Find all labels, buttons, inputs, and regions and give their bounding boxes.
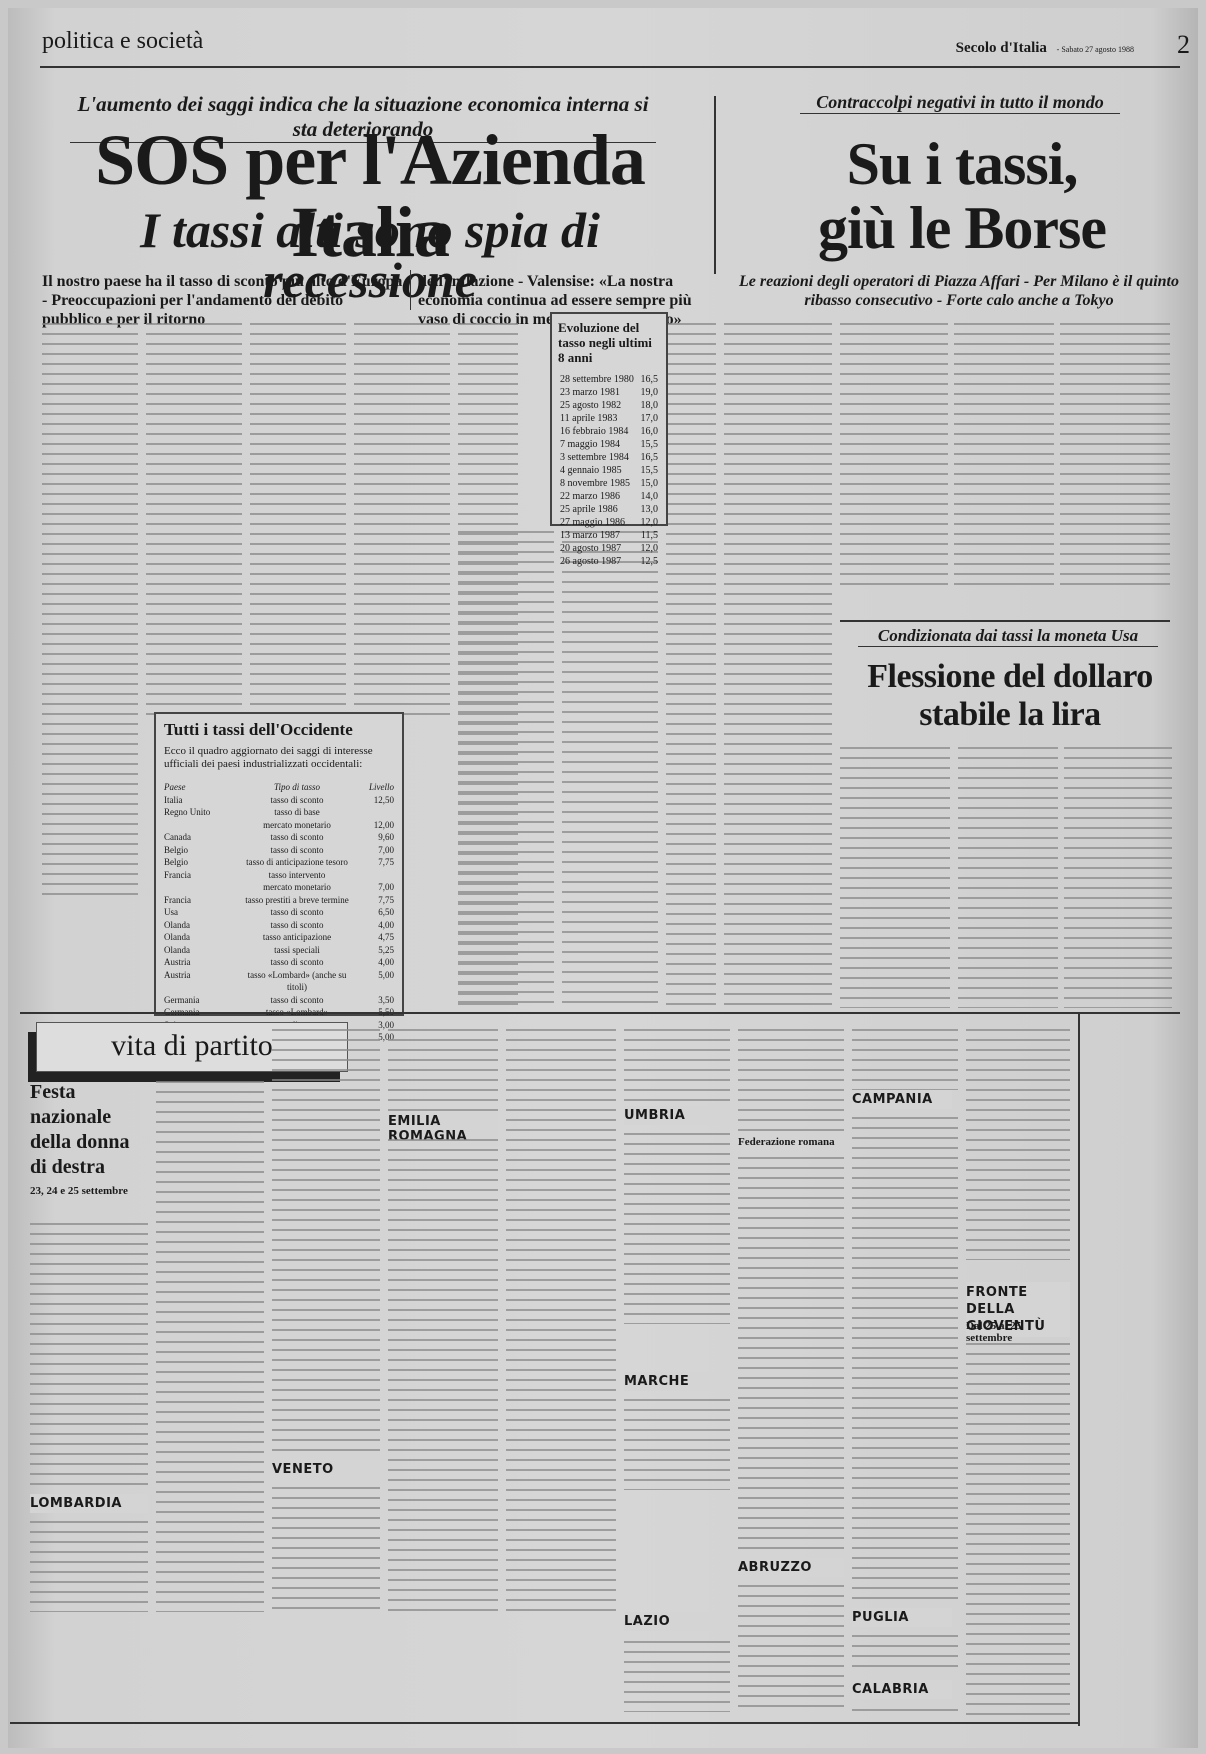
western-rates-row: Franciatasso prestiti a breve termine7,7… [156, 894, 402, 907]
party-col-8d [852, 1704, 958, 1718]
party-col-4b [388, 1134, 498, 1612]
rate-date: 28 settembre 1980 [560, 373, 634, 386]
rate-level: 7,75 [350, 894, 394, 907]
dollar-body-col-1 [840, 742, 950, 1008]
party-col-9 [966, 1024, 1070, 1260]
western-rates-row: Olandatassi speciali5,25 [156, 944, 402, 957]
party-col-3 [272, 1024, 380, 1456]
rate-evolution-row: 11 aprile 198317,0 [552, 412, 666, 425]
dollar-body-col-2 [958, 742, 1058, 1008]
rate-evolution-row: 26 agosto 198712,5 [552, 555, 666, 568]
region-marche: MARCHE [624, 1372, 724, 1391]
country: Germania [164, 994, 244, 1007]
main-body-col-4 [354, 318, 450, 718]
rate-value: 12,5 [641, 555, 659, 568]
rate-date: 22 marzo 1986 [560, 490, 620, 503]
rate-date: 11 aprile 1983 [560, 412, 617, 425]
rate-type: tasso «Lombard» (anche su titoli) [244, 969, 350, 994]
country [164, 881, 244, 894]
rate-evolution-row: 8 novembre 198515,0 [552, 477, 666, 490]
western-rates-title: Tutti i tassi dell'Occidente [156, 714, 402, 741]
rate-level: 5,00 [350, 969, 394, 994]
party-col-9b [966, 1338, 1070, 1718]
rate-value: 12,0 [641, 516, 659, 529]
dollar-body-col-3 [1064, 742, 1172, 1008]
rate-date: 16 febbraio 1984 [560, 425, 628, 438]
rate-level: 4,75 [350, 931, 394, 944]
rate-type: tasso di sconto [244, 906, 350, 919]
rate-evolution-box: Evoluzione del tasso negli ultimi 8 anni… [550, 312, 668, 526]
western-rates-header: PaeseTipo di tassoLivello [156, 781, 402, 794]
region-calabria: CALABRIA [852, 1680, 952, 1699]
rate-evolution-row: 28 settembre 198016,5 [552, 373, 666, 386]
western-rates-row: Austriatasso di sconto4,00 [156, 956, 402, 969]
main-body-col-7 [666, 318, 716, 1008]
region-umbria: UMBRIA [624, 1106, 724, 1125]
country: Olanda [164, 919, 244, 932]
western-rates-row: mercato monetario7,00 [156, 881, 402, 894]
western-rates-row: Austriatasso «Lombard» (anche su titoli)… [156, 969, 402, 994]
rate-level: 12,50 [350, 794, 394, 807]
party-col-5 [506, 1024, 616, 1614]
western-rates-row: Belgiotasso di sconto7,00 [156, 844, 402, 857]
rate-date: 13 marzo 1987 [560, 529, 620, 542]
main-body-col-6 [562, 526, 658, 1008]
rate-date: 27 maggio 1986 [560, 516, 625, 529]
festa-title: Festa nazionale della donna di destra [30, 1080, 150, 1180]
western-rates-row: mercato monetario12,00 [156, 819, 402, 832]
rate-type: tasso di base [244, 806, 350, 819]
dollar-top-rule [840, 620, 1170, 622]
header-rule [40, 66, 1180, 68]
rate-type: tasso di sconto [244, 844, 350, 857]
masthead: Secolo d'Italia - Sabato 27 agosto 1988 [956, 40, 1134, 57]
borse-body-col-4 [1060, 318, 1170, 593]
rate-value: 12,0 [641, 542, 659, 555]
column-header: Paese [164, 781, 244, 794]
country: Belgio [164, 844, 244, 857]
rate-level: 6,50 [350, 906, 394, 919]
party-col-7c [738, 1580, 844, 1712]
rate-evolution-row: 16 febbraio 198416,0 [552, 425, 666, 438]
main-body-col-1 [42, 318, 138, 900]
country: Belgio [164, 856, 244, 869]
country: Regno Unito [164, 806, 244, 819]
main-body-col-3 [250, 318, 346, 716]
country: Canada [164, 831, 244, 844]
country: Francia [164, 894, 244, 907]
rate-value: 14,0 [641, 490, 659, 503]
rate-value: 17,0 [641, 412, 659, 425]
western-rates-table: PaeseTipo di tassoLivelloItaliatasso di … [156, 781, 402, 1044]
party-col-7b [738, 1152, 844, 1552]
western-rates-row: Usatasso di sconto6,50 [156, 906, 402, 919]
rate-date: 7 maggio 1984 [560, 438, 620, 451]
rate-evolution-row: 3 settembre 198416,5 [552, 451, 666, 464]
section-label: politica e società [42, 28, 203, 55]
party-col-1b [30, 1516, 148, 1612]
borse-body-col-2 [840, 318, 948, 593]
western-rates-row: Canadatasso di sconto9,60 [156, 831, 402, 844]
party-col-7 [738, 1024, 844, 1132]
rate-date: 26 agosto 1987 [560, 555, 621, 568]
borse-headline-line2: giù le Borse [722, 198, 1202, 258]
rate-evolution-row: 22 marzo 198614,0 [552, 490, 666, 503]
party-col-6d [624, 1636, 730, 1712]
column-header: Tipo di tasso [244, 781, 350, 794]
country [164, 819, 244, 832]
rate-type: tasso prestiti a breve termine [244, 894, 350, 907]
rate-type: mercato monetario [244, 819, 350, 832]
country: Usa [164, 906, 244, 919]
main-body-col-2 [146, 318, 242, 716]
rate-value: 15,5 [641, 464, 659, 477]
rate-evolution-row: 23 marzo 198119,0 [552, 386, 666, 399]
country: Olanda [164, 931, 244, 944]
festa-dates: 23, 24 e 25 settembre [30, 1185, 150, 1197]
section-divider [20, 1012, 1180, 1014]
rate-value: 16,5 [641, 451, 659, 464]
region-abruzzo: ABRUZZO [738, 1558, 844, 1577]
party-col-8b [852, 1112, 958, 1604]
western-rates-row: Regno Unitotasso di base [156, 806, 402, 819]
rate-evolution-row: 20 agosto 198712,0 [552, 542, 666, 555]
borse-body-col-3 [954, 318, 1054, 593]
rate-date: 4 gennaio 1985 [560, 464, 622, 477]
western-rates-row: Franciatasso intervento [156, 869, 402, 882]
rate-value: 16,0 [641, 425, 659, 438]
rate-evolution-title: Evoluzione del tasso negli ultimi 8 anni [552, 314, 666, 373]
rate-type: tasso di sconto [244, 919, 350, 932]
party-col-8c [852, 1630, 958, 1670]
rate-date: 23 marzo 1981 [560, 386, 620, 399]
party-col-3b [272, 1482, 380, 1612]
borse-headline-line1: Su i tassi, [722, 134, 1202, 194]
party-col-8 [852, 1024, 958, 1090]
rate-value: 16,5 [641, 373, 659, 386]
country: Francia [164, 869, 244, 882]
rate-level [350, 869, 394, 882]
western-rates-row: Olandatasso anticipazione4,75 [156, 931, 402, 944]
rate-level: 7,00 [350, 881, 394, 894]
party-col-6 [624, 1024, 730, 1108]
bottom-rule [10, 1722, 1080, 1724]
rate-evolution-row: 25 aprile 198613,0 [552, 503, 666, 516]
party-col-1 [30, 1218, 148, 1488]
rate-level: 9,60 [350, 831, 394, 844]
rate-level: 4,00 [350, 919, 394, 932]
rate-type: tasso intervento [244, 869, 350, 882]
region-lombardia: LOMBARDIA [30, 1494, 148, 1513]
region-puglia: PUGLIA [852, 1608, 952, 1627]
rate-level: 3,50 [350, 994, 394, 1007]
western-rates-row: Belgiotasso di anticipazione tesoro7,75 [156, 856, 402, 869]
rate-evolution-row: 25 agosto 198218,0 [552, 399, 666, 412]
borse-body-col-1 [724, 318, 832, 1008]
dollar-kicker: Condizionata dai tassi la moneta Usa [858, 626, 1158, 647]
rate-value: 13,0 [641, 503, 659, 516]
dollar-headline-line2: stabile la lira [840, 696, 1180, 734]
rate-value: 15,0 [641, 477, 659, 490]
rate-type: mercato monetario [244, 881, 350, 894]
rate-level: 7,00 [350, 844, 394, 857]
country: Austria [164, 956, 244, 969]
rate-date: 20 agosto 1987 [560, 542, 621, 555]
party-col-6b [624, 1128, 730, 1324]
rate-type: tasso anticipazione [244, 931, 350, 944]
party-col-6c [624, 1394, 730, 1490]
borse-kicker: Contraccolpi negativi in tutto il mondo [800, 92, 1120, 114]
dollar-headline-line1: Flessione del dollaro [840, 658, 1180, 696]
rate-type: tasso di sconto [244, 831, 350, 844]
western-rates-row: Italiatasso di sconto12,50 [156, 794, 402, 807]
rate-evolution-row: 7 maggio 198415,5 [552, 438, 666, 451]
federazione-romana: Federazione romana [738, 1136, 844, 1148]
rate-level [350, 806, 394, 819]
page-number: 2 [1177, 30, 1190, 60]
column-header: Livello [350, 781, 394, 794]
region-veneto: VENETO [272, 1460, 372, 1479]
western-rates-intro: Ecco il quadro aggiornato dei saggi di i… [156, 741, 402, 775]
issue-date: - Sabato 27 agosto 1988 [1057, 45, 1134, 54]
rate-date: 8 novembre 1985 [560, 477, 630, 490]
rate-type: tasso di sconto [244, 994, 350, 1007]
newspaper-name: Secolo d'Italia [956, 40, 1047, 56]
rate-evolution-row: 13 marzo 198711,5 [552, 529, 666, 542]
rate-evolution-row: 27 maggio 198612,0 [552, 516, 666, 529]
rate-type: tasso di sconto [244, 794, 350, 807]
rate-date: 25 aprile 1986 [560, 503, 618, 516]
rate-value: 15,5 [641, 438, 659, 451]
rate-level: 4,00 [350, 956, 394, 969]
party-col-2 [156, 1076, 264, 1612]
country: Olanda [164, 944, 244, 957]
main-body-col-5b [458, 526, 554, 1008]
rate-value: 11,5 [641, 529, 658, 542]
country: Austria [164, 969, 244, 994]
rate-value: 18,0 [641, 399, 659, 412]
region-campania: CAMPANIA [852, 1090, 952, 1109]
rate-type: tasso di sconto [244, 956, 350, 969]
deck-divider [410, 270, 411, 310]
rate-type: tasso di anticipazione tesoro [244, 856, 350, 869]
country: Italia [164, 794, 244, 807]
western-rates-row: Germaniatasso di sconto3,50 [156, 994, 402, 1007]
rate-level: 5,25 [350, 944, 394, 957]
rate-value: 19,0 [641, 386, 659, 399]
rate-evolution-row: 4 gennaio 198515,5 [552, 464, 666, 477]
rate-level: 7,75 [350, 856, 394, 869]
rate-date: 3 settembre 1984 [560, 451, 629, 464]
rate-date: 25 agosto 1982 [560, 399, 621, 412]
borse-deck: Le reazioni degli operatori di Piazza Af… [724, 272, 1194, 310]
western-rates-row: Olandatasso di sconto4,00 [156, 919, 402, 932]
rate-level: 12,00 [350, 819, 394, 832]
rate-evolution-table: 28 settembre 198016,523 marzo 198119,025… [552, 373, 666, 568]
party-col-4 [388, 1024, 498, 1120]
right-edge-rule [1078, 1014, 1080, 1726]
western-rates-box: Tutti i tassi dell'Occidente Ecco il qua… [154, 712, 404, 1016]
region-lazio: LAZIO [624, 1612, 724, 1631]
rate-type: tassi speciali [244, 944, 350, 957]
column-divider [714, 96, 716, 274]
